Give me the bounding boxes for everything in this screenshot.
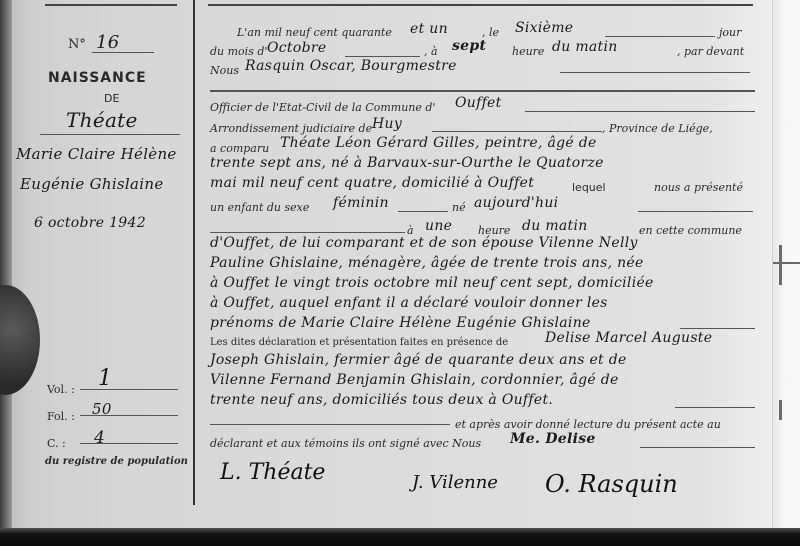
rule <box>40 134 180 135</box>
vol-value: 1 <box>98 366 112 391</box>
column-divider <box>193 0 195 505</box>
text: et après avoir donné lecture du présent … <box>455 418 721 431</box>
c-label: C. : <box>47 437 66 450</box>
birth-date: 6 octobre 1942 <box>34 215 146 231</box>
fol-label: Fol. : <box>47 410 75 423</box>
top-rule <box>208 4 753 6</box>
text: , par devant <box>677 45 744 58</box>
binding-shadow <box>0 0 12 546</box>
hand-text: Huy <box>372 116 402 132</box>
hand-text: prénoms de Marie Claire Hélène Eugénie G… <box>210 315 591 331</box>
top-rule <box>45 4 177 6</box>
rule <box>210 232 405 233</box>
register-page: N° 16 NAISSANCE DE Théate Marie Claire H… <box>0 0 800 532</box>
rule <box>680 328 755 329</box>
record-type-title: NAISSANCE <box>48 70 147 86</box>
text: , à <box>424 45 438 58</box>
hand-text: une <box>425 218 452 234</box>
text: né <box>452 201 466 214</box>
hand-text: Théate Léon Gérard Gilles, peintre, âgé … <box>280 135 597 151</box>
thumb-shadow <box>0 285 40 395</box>
entry-number-label: N° <box>68 37 86 52</box>
hand-text: Joseph Ghislain, fermier âgé de quarante… <box>210 352 627 368</box>
hand-text: et un <box>410 21 448 37</box>
hand-text: féminin <box>333 195 389 211</box>
c-value: 4 <box>94 428 105 448</box>
text: a comparu <box>210 142 269 155</box>
hand-text: à Ouffet, auquel enfant il a déclaré vou… <box>210 295 608 311</box>
hand-text: mai mil neuf cent quatre, domicilié à Ou… <box>210 175 534 191</box>
text: , Province de Liége, <box>602 122 713 135</box>
rule <box>605 36 715 37</box>
signature-witness: J. Vilenne <box>412 472 498 493</box>
rule <box>80 389 178 390</box>
text: Nous <box>210 64 239 77</box>
hand-text: Vilenne Fernand Benjamin Ghislain, cordo… <box>210 372 619 388</box>
hand-text: à Ouffet le vingt trois octobre mil neuf… <box>210 275 654 291</box>
signature-declarant: L. Théate <box>220 460 325 485</box>
rule <box>675 407 755 408</box>
text: lequel <box>572 181 606 194</box>
rule <box>560 72 750 73</box>
rule <box>80 415 178 416</box>
hand-text: trente sept ans, né à Barvaux-sur-Ourthe… <box>210 155 604 171</box>
rule <box>432 131 602 132</box>
text: heure <box>512 45 544 58</box>
text: jour <box>719 26 741 39</box>
hand-text: Ouffet <box>455 95 502 111</box>
text: un enfant du sexe <box>210 201 309 214</box>
rule <box>525 111 755 112</box>
text: Arrondissement judiciaire de <box>210 122 372 135</box>
record-type-de: DE <box>104 92 119 105</box>
text: Officier de l'Etat-Civil de la Commune d… <box>210 101 435 114</box>
text: nous a présenté <box>654 181 743 194</box>
hand-text: d'Ouffet, de lui comparant et de son épo… <box>210 235 638 251</box>
child-given-names-1: Marie Claire Hélène <box>16 145 177 163</box>
hand-text: Delise Marcel Auguste <box>545 330 712 346</box>
vol-label: Vol. : <box>47 383 75 396</box>
text: déclarant et aux témoins ils ont signé a… <box>210 437 481 450</box>
hand-text: Rasquin Oscar, Bourgmestre <box>245 58 457 74</box>
hand-text: sept <box>452 38 486 54</box>
text: du mois d' <box>210 45 267 58</box>
rule <box>345 56 420 57</box>
text: Les dites déclaration et présentation fa… <box>210 337 508 348</box>
page-bottom-shadow <box>0 528 800 546</box>
child-given-names-2: Eugénie Ghislaine <box>20 175 164 193</box>
hand-text: du matin <box>522 218 588 234</box>
child-surname: Théate <box>66 108 138 132</box>
signature-officer: O. Rasquin <box>545 470 678 498</box>
rule <box>210 424 450 425</box>
text: en cette commune <box>639 224 742 237</box>
hand-text: Sixième <box>515 20 573 36</box>
hand-text: trente neuf ans, domiciliés tous deux à … <box>210 392 553 408</box>
entry-number: 16 <box>96 32 120 53</box>
rule <box>80 443 178 444</box>
rule <box>640 447 755 448</box>
text: L'an mil neuf cent quarante <box>237 26 392 39</box>
hand-text: Octobre <box>267 40 326 56</box>
hand-text: du matin <box>552 39 618 55</box>
hand-text: Pauline Ghislaine, ménagère, âgée de tre… <box>210 255 644 271</box>
hand-text: Me. Delise <box>510 431 596 447</box>
rule <box>398 211 448 212</box>
page-fold <box>772 0 800 546</box>
rule <box>638 211 753 212</box>
hand-text: aujourd'hui <box>474 195 558 211</box>
rule <box>92 52 154 53</box>
register-note: du registre de population <box>45 456 188 467</box>
section-divider <box>210 90 755 92</box>
